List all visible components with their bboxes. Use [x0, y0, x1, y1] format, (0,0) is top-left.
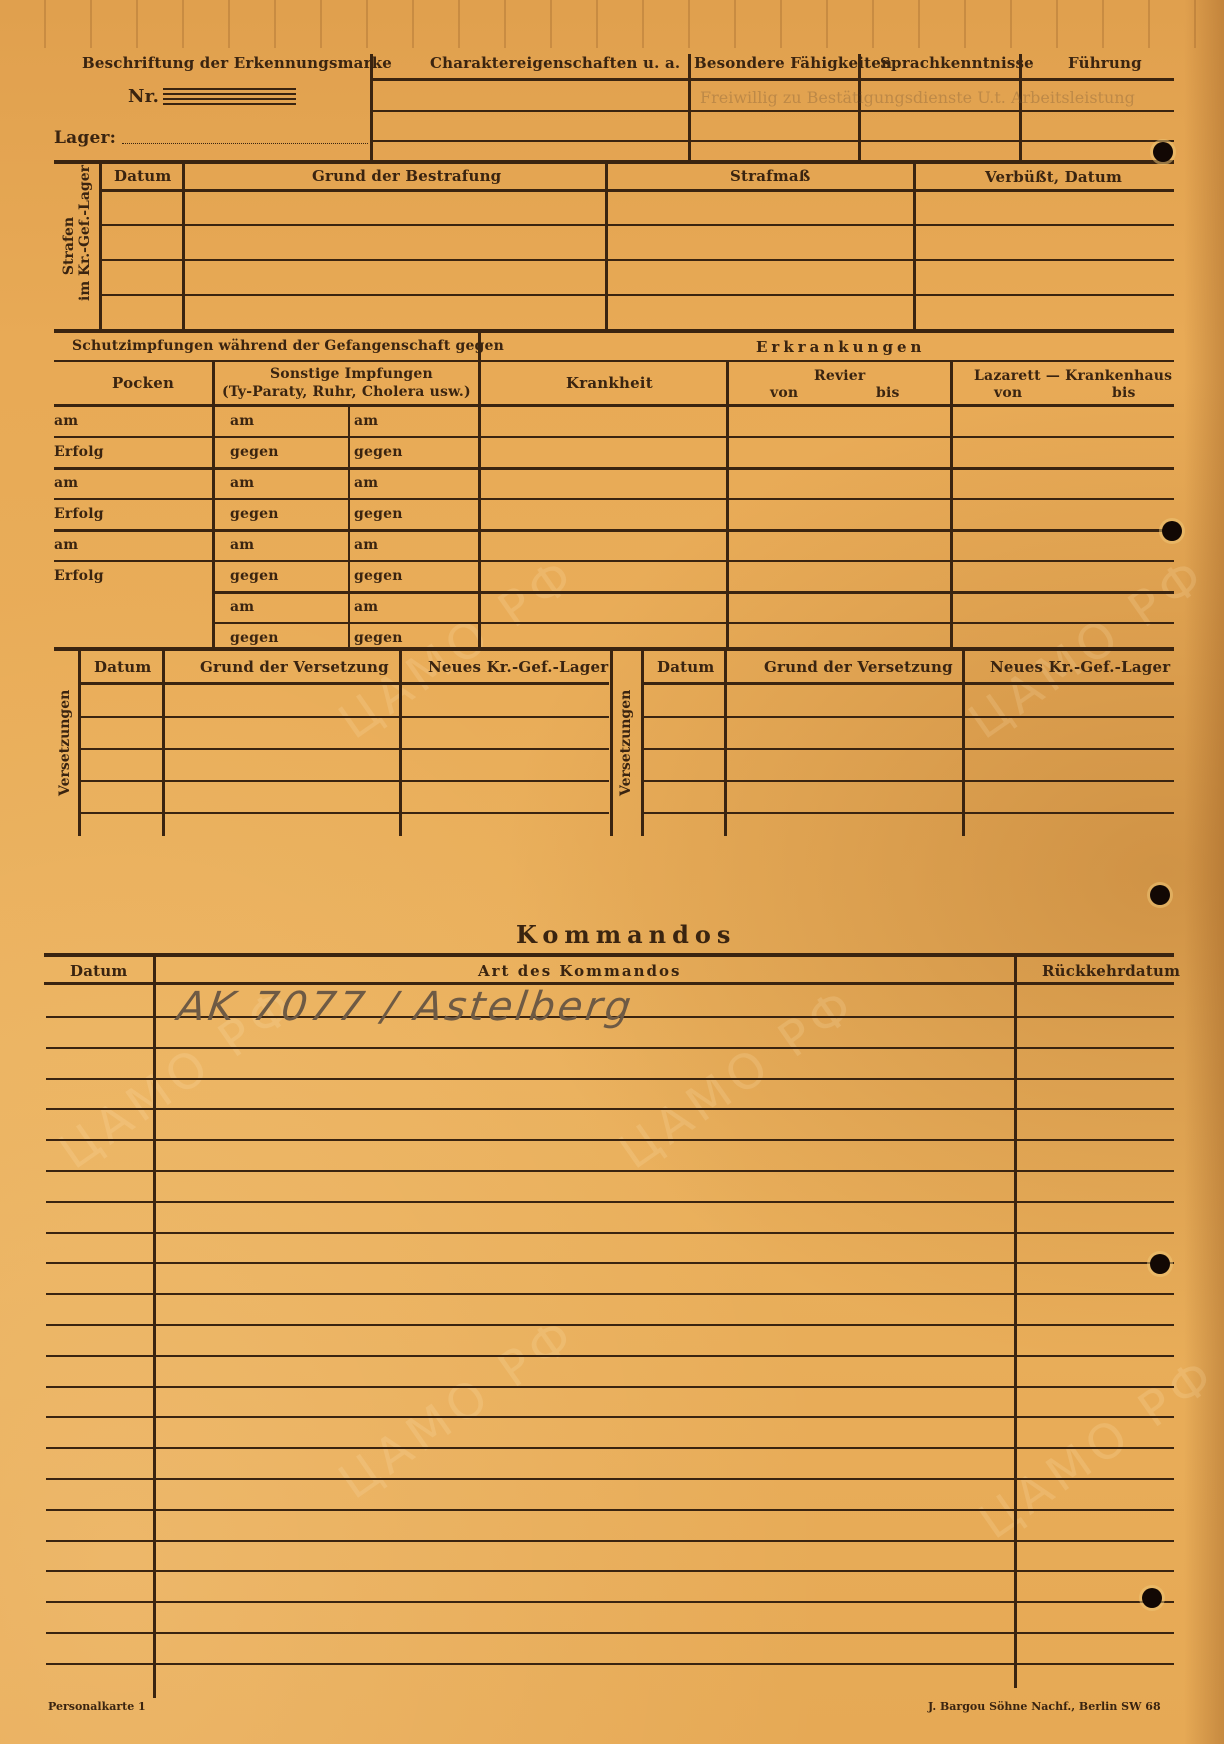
kommandos-row-rule [46, 1509, 1174, 1511]
kommandos-row-rule [46, 1386, 1174, 1388]
grid-rule [54, 467, 1174, 470]
sonstige-label: Sonstige Impfungen [270, 366, 433, 382]
sonstige-row-label: am [230, 599, 254, 615]
sonstige-row-label: am [230, 537, 254, 553]
pocken-row-label: Erfolg [54, 506, 104, 522]
strafen-col-verbuesst: Verbüßt, Datum [985, 168, 1122, 186]
erkrankungen-title: Erkrankungen [756, 338, 925, 356]
sonstige-row-label: gegen [230, 568, 279, 584]
pocken-row-label: am [54, 413, 78, 429]
punch-hole [1150, 885, 1170, 905]
col-charakter: Charaktereigenschaften u. a. [430, 54, 680, 72]
versetzungen-side-label-left: Versetzungen [57, 696, 73, 796]
grid-rule [642, 780, 1174, 782]
strafen-col-datum: Datum [114, 167, 171, 185]
pocken-row-label: am [54, 537, 78, 553]
bleedthrough-text: Freiwillig zu Bestätigungsdienste U.t. A… [700, 88, 1135, 107]
kommandos-row-rule [46, 1108, 1174, 1110]
grid-rule [214, 622, 1174, 624]
kommandos-row-rule [46, 1262, 1174, 1264]
grid-rule [54, 560, 1174, 562]
impfungen-title: Schutzimpfungen während der Gefangenscha… [72, 338, 504, 354]
punch-hole [1142, 1588, 1162, 1608]
kommandos-row-rule [46, 1540, 1174, 1542]
erkennungsmarke-label: Beschriftung der Erkennungsmarke [82, 54, 392, 72]
kommandos-row-rule [46, 1139, 1174, 1141]
sonstige-sub: (Ty-Paraty, Ruhr, Cholera usw.) [222, 384, 471, 400]
kommandos-title: Kommandos [516, 920, 736, 949]
kommandos-row-rule [46, 1478, 1174, 1480]
sonstige-row-label: gegen [354, 568, 403, 584]
pocken-row-label: Erfolg [54, 568, 104, 584]
grid-rule [54, 529, 1174, 532]
grid-rule [79, 780, 609, 782]
sonstige-row-label: am [230, 413, 254, 429]
strafen-col-grund: Grund der Bestrafung [312, 167, 501, 185]
kommandos-row-rule [46, 1416, 1174, 1418]
grid-rule [54, 436, 1174, 438]
lazarett-label: Lazarett — Krankenhaus [974, 368, 1172, 384]
kommandos-col-datum: Datum [70, 962, 127, 980]
col-sprachkenntnisse: Sprachkenntnisse [880, 54, 1034, 72]
vers-left-col-grund: Grund der Versetzung [200, 658, 389, 676]
kommandos-row-rule [46, 1601, 1174, 1603]
kommandos-row-rule [46, 1324, 1174, 1326]
vers-right-col-lager: Neues Kr.-Gef.-Lager [990, 658, 1170, 676]
grid-rule [79, 812, 609, 814]
sonstige-row-label: am [354, 475, 378, 491]
sonstige-row-label: gegen [230, 506, 279, 522]
strafen-side-label: Strafen im Kr.-Gef.-Lager [61, 191, 93, 301]
revier-label: Revier [814, 368, 865, 384]
revier-von: von [770, 385, 798, 401]
grid-rule [642, 748, 1174, 750]
sonstige-row-label: gegen [230, 444, 279, 460]
form-code: Personalkarte 1 [48, 1700, 146, 1713]
grid-rule [214, 591, 1174, 594]
kommandos-row-rule [46, 1201, 1174, 1203]
vers-right-col-grund: Grund der Versetzung [764, 658, 953, 676]
grid-rule [79, 716, 609, 718]
krankheit-label: Krankheit [566, 374, 653, 392]
versetzungen-side-label-right: Versetzungen [618, 696, 634, 796]
kommandos-row-rule [46, 1293, 1174, 1295]
vers-left-col-lager: Neues Kr.-Gef.-Lager [428, 658, 608, 676]
sonstige-row-label: am [230, 475, 254, 491]
punch-hole [1150, 1254, 1170, 1274]
lazarett-bis: bis [1112, 385, 1136, 401]
kommandos-row-rule [46, 1447, 1174, 1449]
grid-rule [642, 812, 1174, 814]
lager-label: Lager: [54, 128, 116, 148]
right-edge-shadow [1184, 0, 1224, 1744]
vers-right-col-datum: Datum [657, 658, 714, 676]
strafen-col-strafmass: Strafmaß [730, 167, 810, 185]
revier-bis: bis [876, 385, 900, 401]
kommando-entry-art: AK 7077 / Astelberg [175, 984, 637, 1030]
kommandos-row-rule [46, 1355, 1174, 1357]
kommandos-row-rule [46, 1047, 1174, 1049]
sonstige-row-label: am [354, 599, 378, 615]
lager-field[interactable] [122, 143, 368, 144]
punch-hole [1162, 521, 1182, 541]
kommandos-row-rule [46, 1232, 1174, 1234]
top-edge-ruler [0, 0, 1224, 48]
grid-rule [79, 748, 609, 750]
kommandos-row-rule [46, 1663, 1174, 1665]
kommandos-row-rule [46, 1570, 1174, 1572]
pocken-row-label: Erfolg [54, 444, 104, 460]
col-fuehrung: Führung [1068, 54, 1142, 72]
lazarett-von: von [994, 385, 1022, 401]
sonstige-row-label: am [354, 413, 378, 429]
kommandos-row-rule [46, 1632, 1174, 1634]
sonstige-row-label: gegen [354, 444, 403, 460]
kommandos-row-rule [46, 1078, 1174, 1080]
sonstige-row-label: gegen [354, 630, 403, 646]
sonstige-row-label: gegen [354, 506, 403, 522]
kommandos-col-art: Art des Kommandos [478, 962, 681, 980]
kommandos-col-rueckkehr: Rückkehrdatum [1042, 962, 1180, 980]
nr-label: Nr. [128, 86, 159, 107]
grid-rule [642, 716, 1174, 718]
pocken-label: Pocken [112, 374, 174, 392]
sonstige-row-label: am [354, 537, 378, 553]
pocken-row-label: am [54, 475, 78, 491]
sonstige-row-label: gegen [230, 630, 279, 646]
col-faehigkeiten: Besondere Fähigkeiten [694, 54, 892, 72]
vers-left-col-datum: Datum [94, 658, 151, 676]
punch-hole [1153, 142, 1173, 162]
grid-rule [54, 498, 1174, 500]
printer-imprint: J. Bargou Söhne Nachf., Berlin SW 68 [928, 1700, 1161, 1713]
kommandos-row-rule [46, 1170, 1174, 1172]
